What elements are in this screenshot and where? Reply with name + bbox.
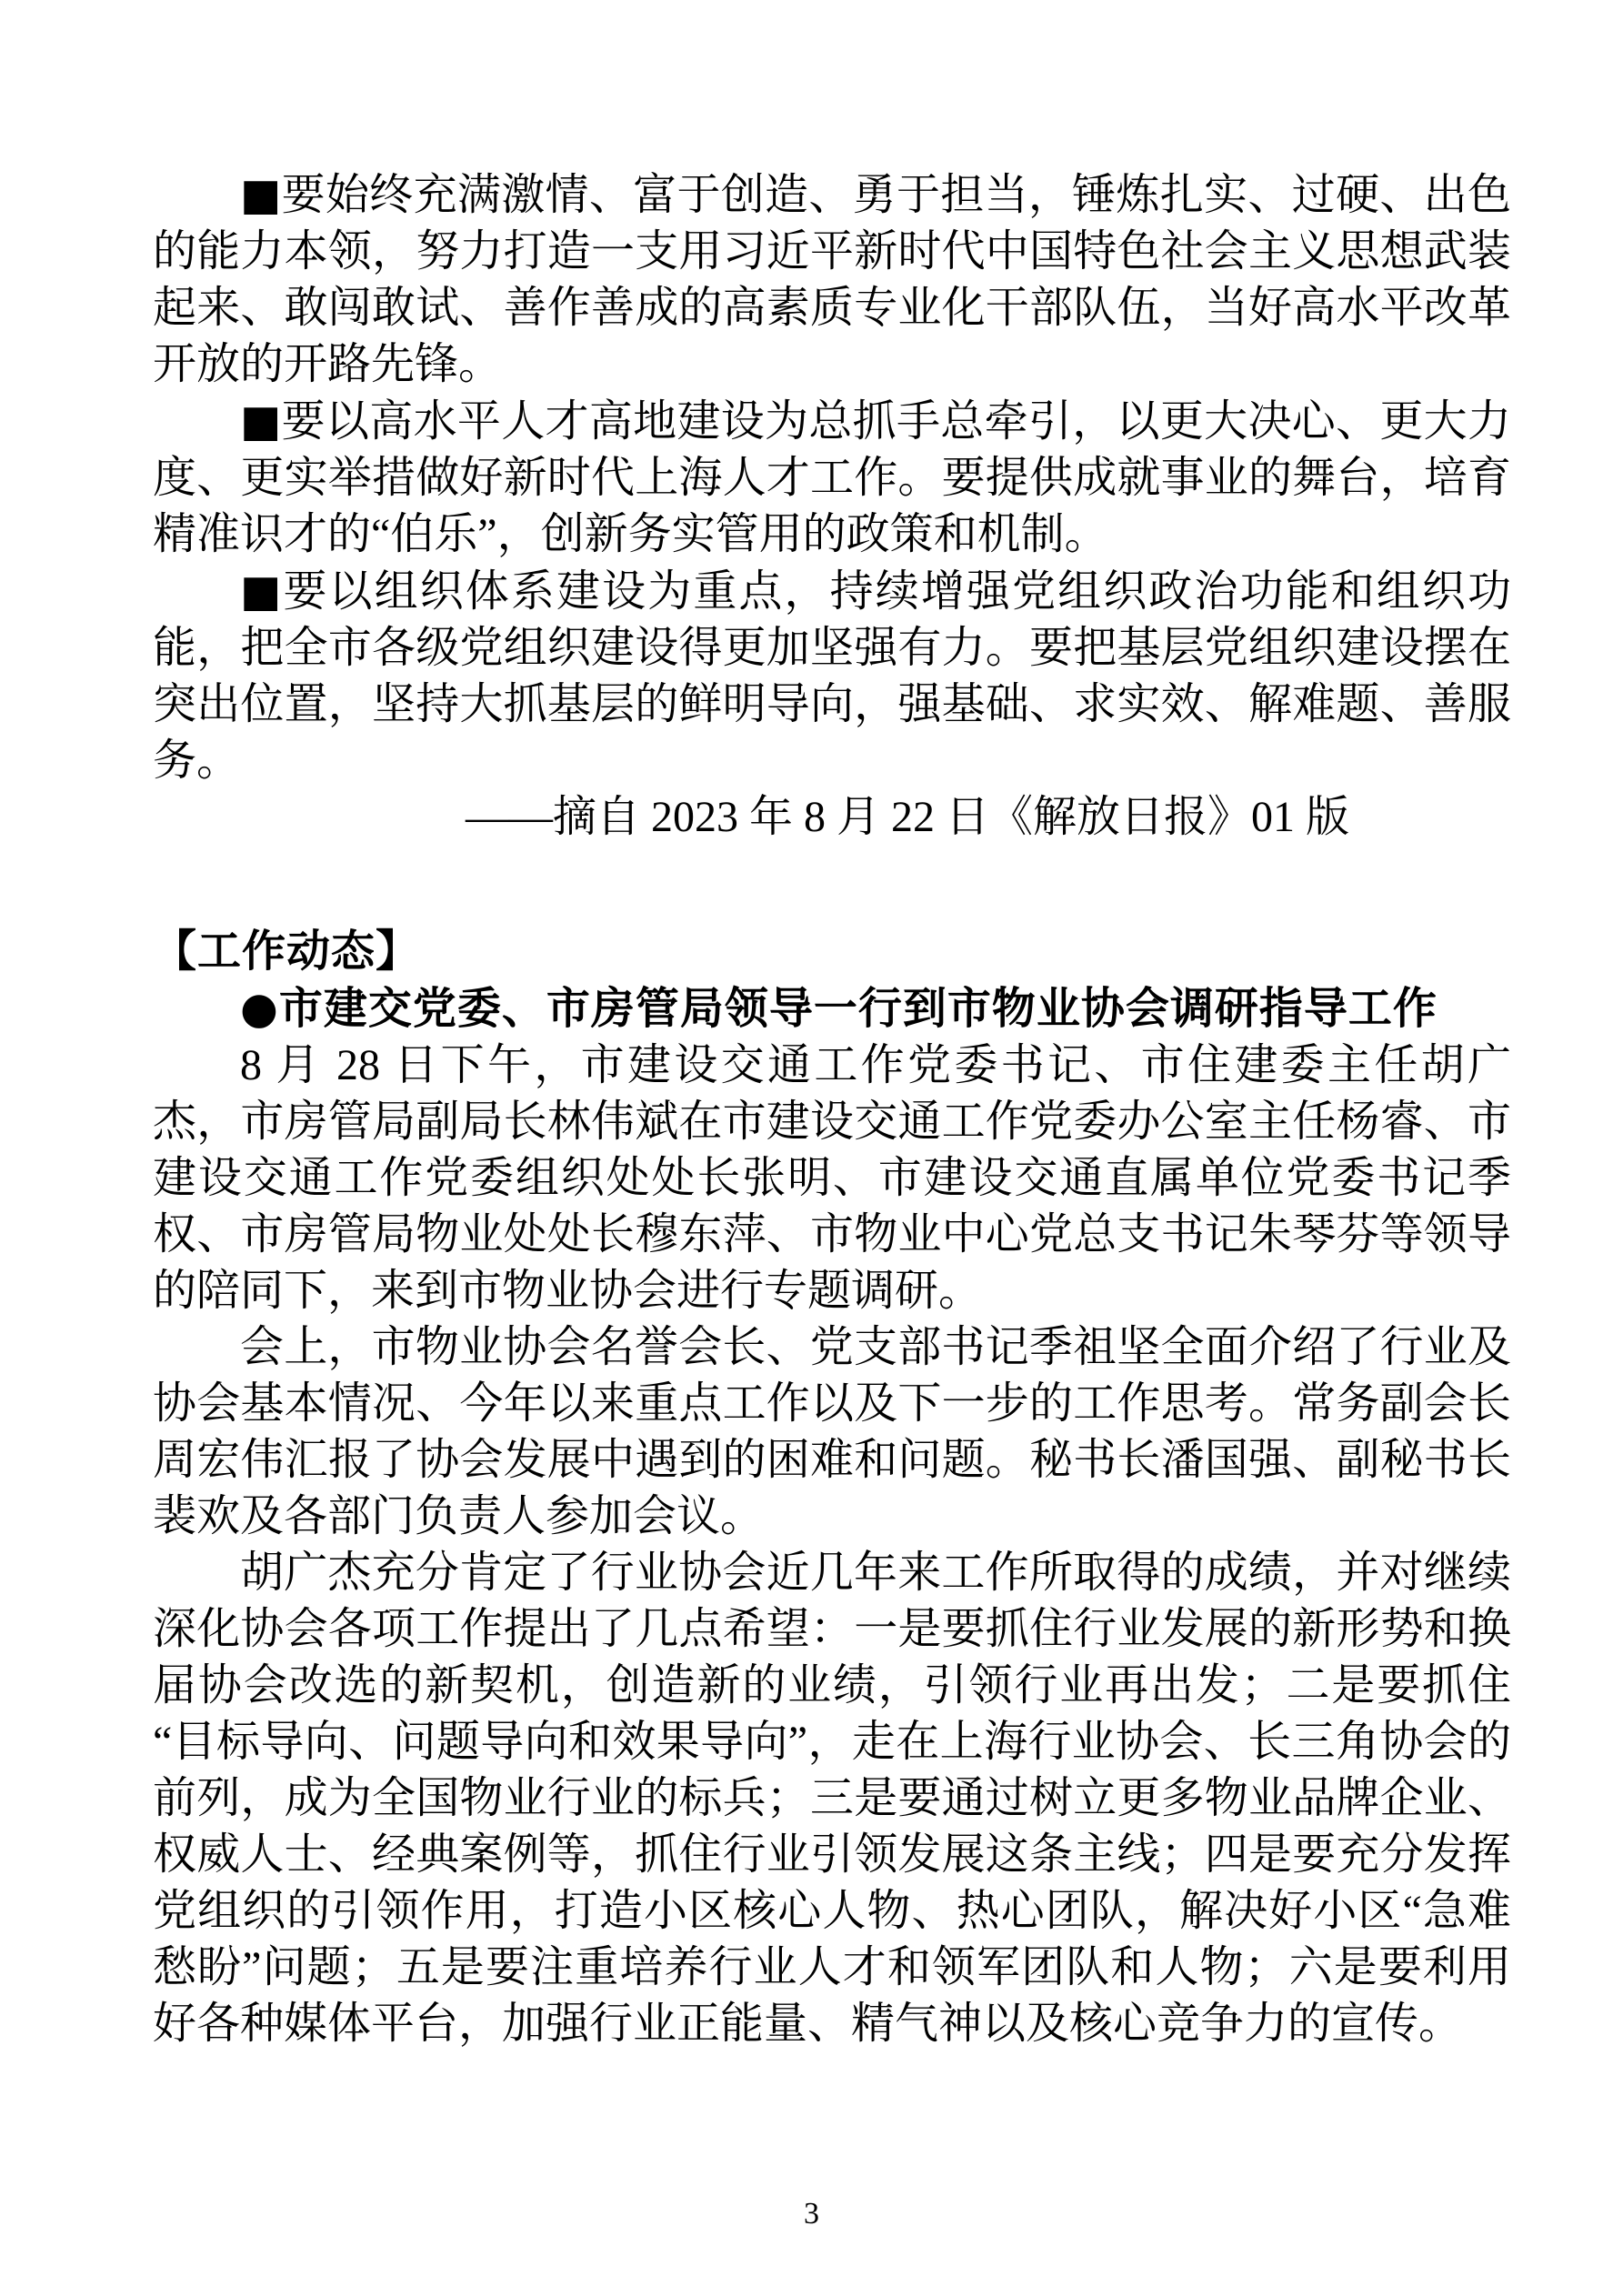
square-bullet-icon: ■ [240, 566, 283, 617]
article-paragraph: 胡广杰充分肯定了行业协会近几年来工作所取得的成绩，并对继续深化协会各项工作提出了… [153, 1545, 1511, 2052]
article-paragraph: 8 月 28 日下午，市建设交通工作党委书记、市住建委主任胡广杰，市房管局副局长… [153, 1038, 1511, 1319]
quote-attribution: ——摘自 2023 年 8 月 22 日《解放日报》01 版 [153, 789, 1511, 846]
article-title: ●市建交党委、市房管局领导一行到市物业协会调研指导工作 [153, 980, 1511, 1038]
quote-paragraph-text: 要始终充满激情、富于创造、勇于担当，锤炼扎实、过硬、出色的能力本领，努力打造一支… [153, 171, 1511, 388]
quote-paragraph: ■要始终充满激情、富于创造、勇于担当，锤炼扎实、过硬、出色的能力本领，努力打造一… [153, 166, 1511, 393]
quote-paragraph: ■要以组织体系建设为重点，持续增强党组织政治功能和组织功能，把全市各级党组织建设… [153, 563, 1511, 789]
quote-paragraph-text: 要以高水平人才高地建设为总抓手总牵引，以更大决心、更大力度、更实举措做好新时代上… [153, 397, 1511, 558]
quote-paragraph: ■要以高水平人才高地建设为总抓手总牵引，以更大决心、更大力度、更实举措做好新时代… [153, 393, 1511, 563]
article-paragraph: 会上，市物业协会名誉会长、党支部书记季祖坚全面介绍了行业及协会基本情况、今年以来… [153, 1319, 1511, 1545]
page-number: 3 [0, 2196, 1623, 2232]
document-page: ■要始终充满激情、富于创造、勇于担当，锤炼扎实、过硬、出色的能力本领，努力打造一… [0, 0, 1623, 2296]
circle-bullet-icon: ● [240, 983, 279, 1034]
section-heading-work-news: 【工作动态】 [153, 924, 1511, 980]
square-bullet-icon: ■ [240, 169, 282, 220]
square-bullet-icon: ■ [240, 396, 282, 446]
article-title-text: 市建交党委、市房管局领导一行到市物业协会调研指导工作 [279, 985, 1438, 1033]
quote-paragraph-text: 要以组织体系建设为重点，持续增强党组织政治功能和组织功能，把全市各级党组织建设得… [153, 567, 1511, 785]
